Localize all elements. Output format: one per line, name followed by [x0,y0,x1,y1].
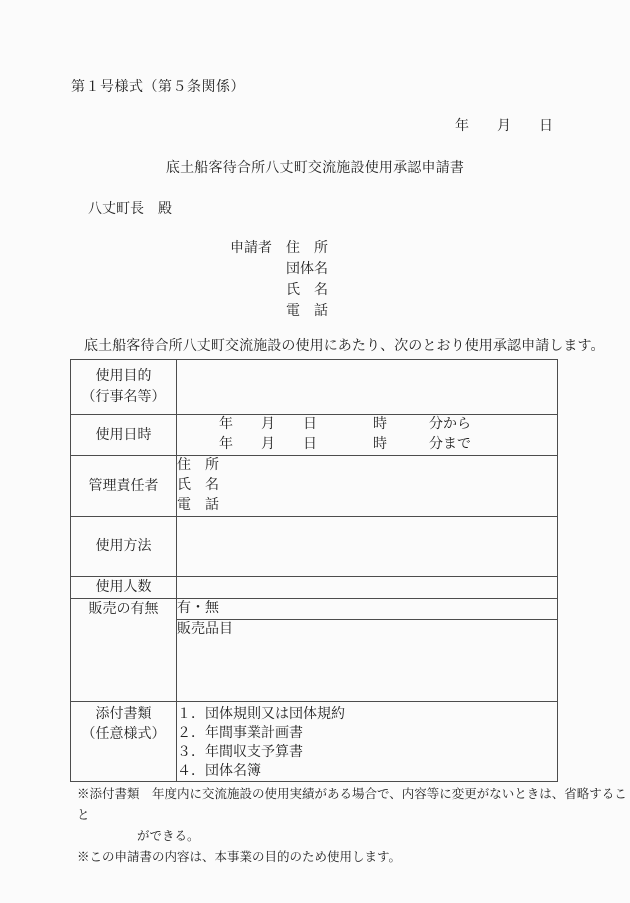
method-label: 使用方法 [71,517,177,577]
table-row-method: 使用方法 [71,517,558,577]
datetime-to: 年 月 日 時 分まで [177,435,557,455]
note-usage: ※この申請書の内容は、本事業の目的のため使用します。 [77,847,630,868]
applicant-label: 申請者 [230,238,272,322]
table-row-attachments: 添付書類 （任意様式） １．団体規則又は団体規約 ２．年間事業計画書 ３．年間収… [71,702,558,782]
note-attachments-line2: ができる。 [77,826,630,847]
table-row-manager: 管理責任者 住 所 氏 名 電 話 [71,456,558,517]
note-attachments-line1: ※添付書類 年度内に交流施設の使用実績がある場合で、内容等に変更がないときは、省… [77,784,630,826]
manager-label: 管理責任者 [71,456,177,517]
applicant-field-name: 氏 名 [286,280,328,301]
attachment-item-4: ４．団体名簿 [177,762,557,781]
people-label: 使用人数 [71,577,177,599]
people-value [177,577,558,599]
method-value [177,517,558,577]
table-row-purpose: 使用目的 （行事名等） [71,360,558,415]
table-row-datetime: 使用日時 年 月 日 時 分から 年 月 日 時 分まで [71,415,558,456]
addressee: 八丈町長 殿 [88,198,172,218]
manager-value: 住 所 氏 名 電 話 [177,456,558,517]
manager-field-address: 住 所 [177,456,557,476]
manager-field-phone: 電 話 [177,496,557,516]
table-row-people: 使用人数 [71,577,558,599]
sales-label: 販売の有無 [71,599,177,702]
application-form-page: 第１号様式（第５条関係） 年 月 日 底土船客待合所八丈町交流施設使用承認申請書… [0,0,630,903]
intro-sentence: 底土船客待合所八丈町交流施設の使用にあたり、次のとおり使用承認申請します。 [84,335,605,355]
application-table: 使用目的 （行事名等） 使用日時 年 月 日 時 分から 年 月 日 時 分まで… [70,359,558,782]
attachment-item-2: ２．年間事業計画書 [177,724,557,743]
purpose-label: 使用目的 （行事名等） [71,360,177,415]
form-number: 第１号様式（第５条関係） [71,76,245,96]
datetime-from: 年 月 日 時 分から [177,415,557,435]
applicant-field-phone: 電 話 [286,301,328,322]
sales-items-label: 販売品目 [177,620,558,702]
attachments-label: 添付書類 （任意様式） [71,702,177,782]
table-row-sales-presence: 販売の有無 有・無 [71,599,558,620]
applicant-field-address: 住 所 [286,238,328,259]
attachment-item-3: ３．年間収支予算書 [177,743,557,762]
sales-presence-value: 有・無 [177,599,558,620]
document-title: 底土船客待合所八丈町交流施設使用承認申請書 [0,157,630,177]
applicant-field-organization: 団体名 [286,259,328,280]
attachments-list: １．団体規則又は団体規約 ２．年間事業計画書 ３．年間収支予算書 ４．団体名簿 [177,702,558,782]
attachment-item-1: １．団体規則又は団体規約 [177,705,557,724]
purpose-value [177,360,558,415]
applicant-fields: 住 所 団体名 氏 名 電 話 [286,238,328,322]
footnotes: ※添付書類 年度内に交流施設の使用実績がある場合で、内容等に変更がないときは、省… [77,784,630,868]
applicant-block: 申請者 住 所 団体名 氏 名 電 話 [230,238,328,322]
datetime-value: 年 月 日 時 分から 年 月 日 時 分まで [177,415,558,456]
manager-field-name: 氏 名 [177,476,557,496]
datetime-label: 使用日時 [71,415,177,456]
date-line: 年 月 日 [455,115,553,135]
